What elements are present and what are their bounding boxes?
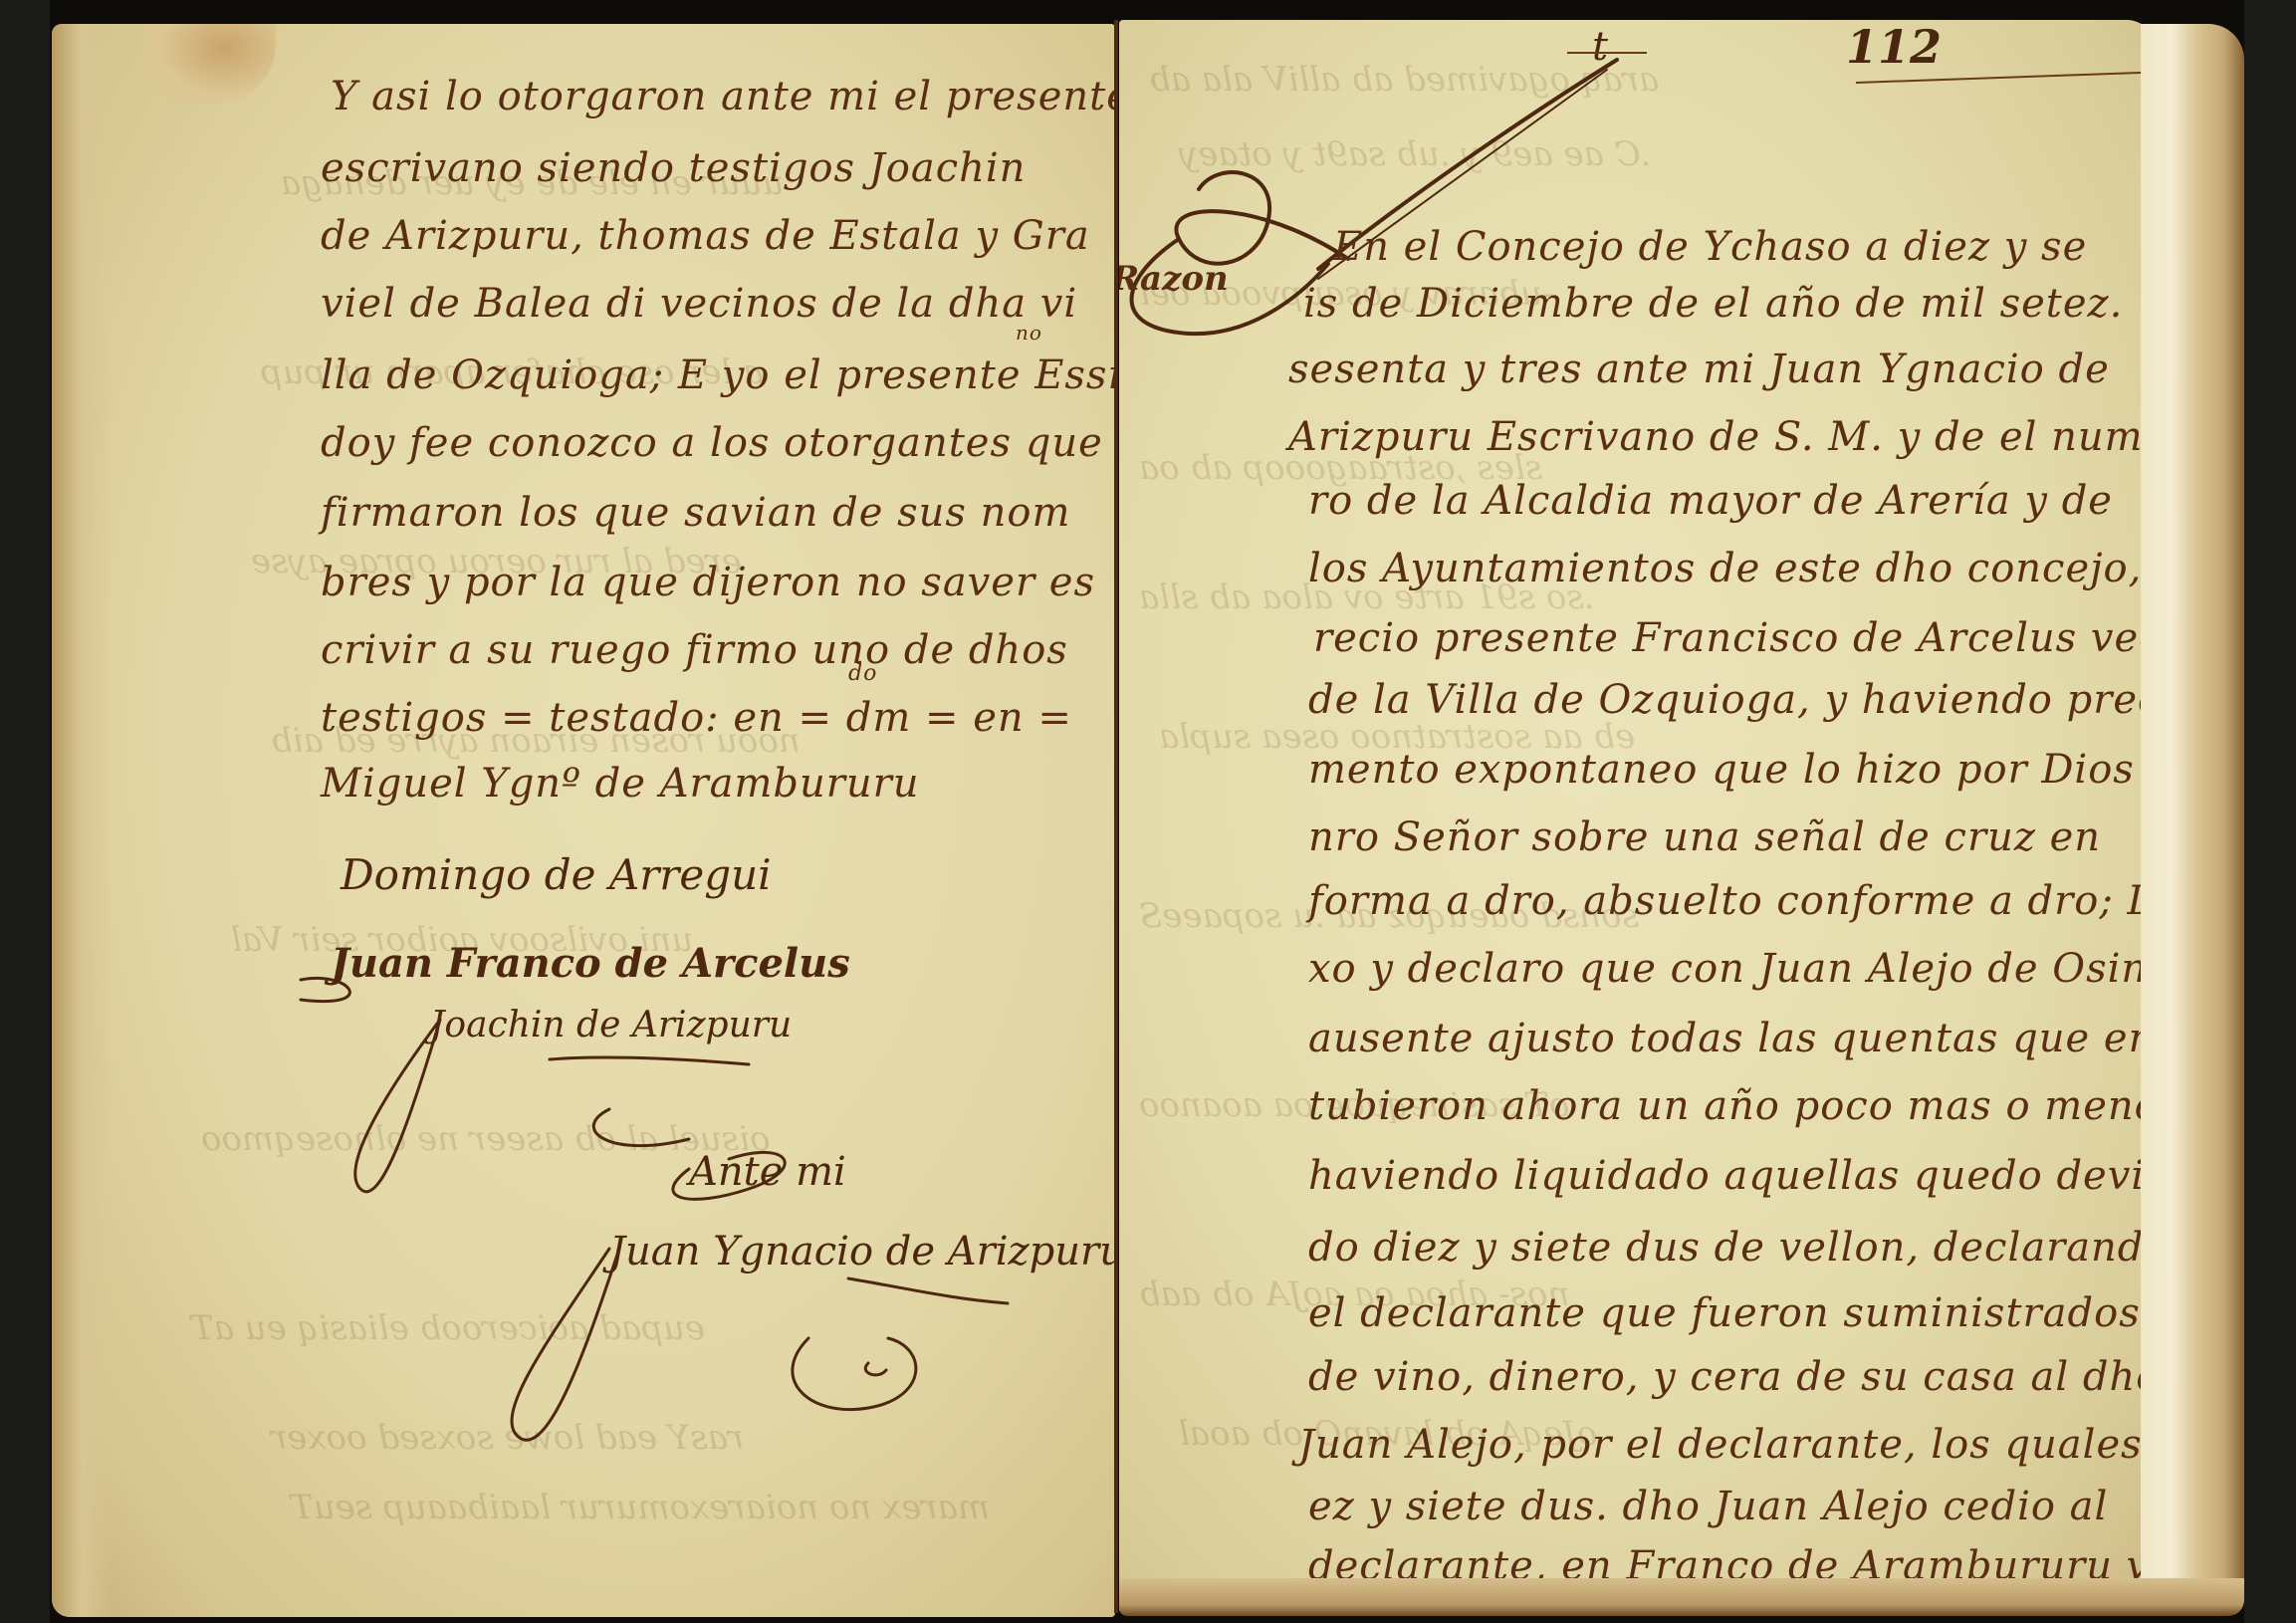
- book-gutter: [1114, 20, 1118, 1613]
- text-line: ez y siete dus. dho Juan Alejo cedio al: [1308, 1484, 2108, 1529]
- page-fore-edge: [2141, 24, 2244, 1607]
- text-line: mento expontaneo que lo hizo por Dios: [1308, 747, 2135, 793]
- text-line: de vino, dinero, y cera de su casa al dh…: [1308, 1354, 2155, 1400]
- text-line: los Ayuntamientos de este dho concejo, p…: [1308, 546, 2155, 591]
- text-line: ro de la Alcaldia mayor de Arería y de: [1308, 478, 2113, 524]
- right-page: araq ogavimed ab alliV ala ab .C ae ae9 …: [1119, 20, 2155, 1613]
- text-line: nro Señor sobre una señal de cruz en: [1308, 814, 2101, 860]
- left-page: uuur en ele de ey uer dehaga a ler ose c…: [52, 24, 1115, 1617]
- text-line: haviendo liquidado aquellas quedo devien…: [1308, 1153, 2155, 1199]
- text-line: forma a dro, absuelto conforme a dro; Di: [1308, 878, 2155, 924]
- page-bottom-edge: [1119, 1578, 2244, 1616]
- text-line: is de Diciembre de el año de mil setez.: [1303, 281, 2123, 327]
- text-line: tubieron ahora un año poco mas o menos, …: [1308, 1083, 2155, 1129]
- margin-note-razon: Razon: [1119, 259, 1229, 299]
- text-line: sesenta y tres ante mi Juan Ygnacio de: [1288, 347, 2110, 392]
- text-line: recio presente Francisco de Arcelus veci…: [1313, 615, 2155, 661]
- text-line: Juan Alejo, por el declarante, los quale…: [1298, 1422, 2155, 1468]
- background-right-strip: [2244, 0, 2296, 1623]
- background-left-strip: [0, 0, 50, 1623]
- text-line: Arizpuru Escrivano de S. M. y de el nume: [1288, 414, 2155, 460]
- text-line: ausente ajusto todas las quentas que ent…: [1308, 1016, 2155, 1061]
- text-line: En el Concejo de Ychaso a diez y se: [1333, 224, 2087, 270]
- signature-flourishes: [52, 24, 1115, 1617]
- text-line: xo y declaro que con Juan Alejo de Osina…: [1308, 946, 2155, 992]
- text-line: de la Villa de Ozquioga, y haviendo prec…: [1308, 677, 2155, 723]
- text-line: el declarante que fueron suministrados: [1308, 1290, 2141, 1336]
- text-line: do diez y siete dus de vellon, declarand…: [1308, 1225, 2155, 1271]
